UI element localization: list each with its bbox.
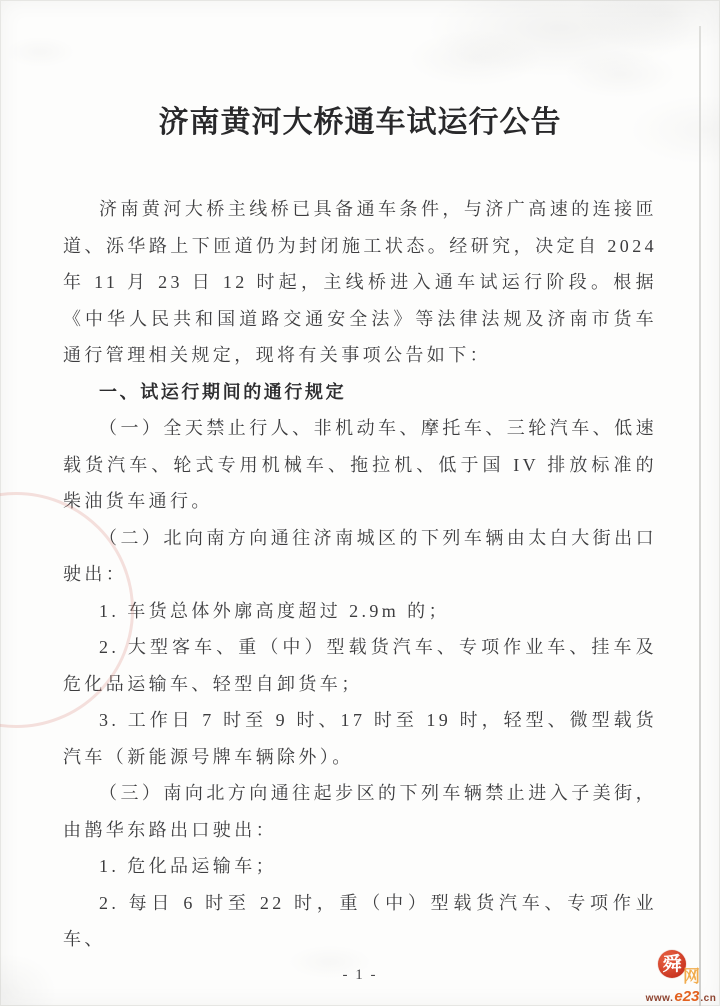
clause-3: （三）南向北方向通往起步区的下列车辆禁止进入子美街，由鹊华东路出口驶出： <box>63 775 657 848</box>
clause-3-item-1: 1. 危化品运输车； <box>63 848 657 885</box>
document-title: 济南黄河大桥通车试运行公告 <box>0 0 720 144</box>
section-heading: 一、试运行期间的通行规定 <box>63 374 657 411</box>
site-url-suffix: .cn <box>700 993 716 1004</box>
page-edge-line <box>699 26 701 1006</box>
clause-3-item-2: 2. 每日 6 时至 22 时，重（中）型载货汽车、专项作业车、 <box>63 885 657 958</box>
shun-seal-icon: 舜 <box>658 950 686 978</box>
site-url-name: e23 <box>674 988 699 1005</box>
clause-2-item-1: 1. 车货总体外廓高度超过 2.9m 的； <box>63 593 657 630</box>
scanned-document-page: 济南黄河大桥通车试运行公告 济南黄河大桥主线桥已具备通车条件，与济广高速的连接匝… <box>0 0 720 1006</box>
site-url: www. e23 .cn <box>642 988 720 1005</box>
clause-2-item-2: 2. 大型客车、重（中）型载货汽车、专项作业车、挂车及危化品运输车、轻型自卸货车… <box>63 629 657 702</box>
paragraph-intro: 济南黄河大桥主线桥已具备通车条件，与济广高速的连接匝道、泺华路上下匝道仍为封闭施… <box>63 191 657 374</box>
clause-2-item-3: 3. 工作日 7 时至 9 时、17 时至 19 时，轻型、微型载货汽车（新能源… <box>63 702 657 775</box>
clause-2: （二）北向南方向通往济南城区的下列车辆由太白大街出口驶出： <box>63 520 657 593</box>
document-body: 济南黄河大桥主线桥已具备通车条件，与济广高速的连接匝道、泺华路上下匝道仍为封闭施… <box>63 191 657 958</box>
seal-character: 舜 <box>662 955 681 974</box>
clause-1: （一）全天禁止行人、非机动车、摩托车、三轮汽车、低速载货汽车、轮式专用机械车、拖… <box>63 410 657 520</box>
site-watermark: 舜 网 www. e23 .cn <box>642 948 720 1004</box>
site-url-prefix: www. <box>646 993 674 1004</box>
page-number: - 1 - <box>0 967 720 984</box>
net-character: 网 <box>683 968 700 985</box>
